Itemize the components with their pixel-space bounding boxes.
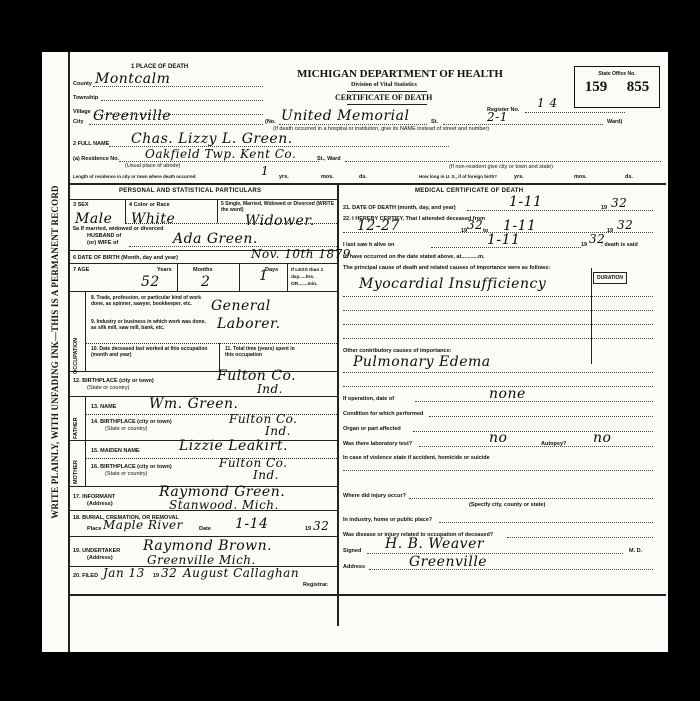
dod-year-prefix: 19 (601, 205, 607, 211)
from-year-value: 32 (467, 218, 483, 232)
injury-where-sub: (Specify city, county or state) (469, 502, 545, 508)
spouse-label-1: 5a If married, widowed or divorced (73, 226, 163, 232)
birthplace-sub: (State or country) (87, 385, 130, 391)
condition-label: Condition for which performed (343, 411, 423, 417)
age-days-value: 1 (259, 268, 268, 284)
medical-section-title: MEDICAL CERTIFICATE OF DEATH (415, 188, 523, 194)
operation-label: If operation, date of (343, 396, 394, 402)
institution-note: (If death occurred in a hospital or inst… (273, 126, 489, 132)
undertaker-address: Greenville Mich. (147, 553, 256, 567)
nonresident-note: (If non-resident give city or town and s… (449, 164, 553, 170)
state-office-box: State Office No. 159 855 (574, 66, 660, 108)
register-value: 1 4 (537, 96, 558, 110)
color-value: White (131, 211, 175, 227)
to-year-value: 32 (617, 218, 633, 232)
mother-birthplace-label: 16. BIRTHPLACE (city or town) (91, 464, 172, 470)
how-long-months-unit: mos. (574, 174, 587, 180)
lab-test-label: Was there laboratory test? (343, 441, 412, 447)
violence-label: In case of violence state if accident, h… (343, 455, 490, 461)
death-certificate: WRITE PLAINLY, WITH UNFADING INK—THIS IS… (42, 52, 668, 652)
last-saw-value: 1-11 (487, 232, 520, 248)
state-office-number-b: 855 (627, 79, 650, 96)
dod-year-value: 32 (611, 196, 627, 210)
village-label: Village (73, 109, 91, 115)
county-value: Montcalm (95, 71, 170, 87)
length-of-residence-label: Length of residence in city or town wher… (73, 174, 196, 179)
institution-value: United Memorial (281, 108, 409, 124)
informant-label: 17. INFORMANT (73, 494, 115, 500)
mother-side-label: MOTHER (73, 460, 79, 484)
certificate-form: 1 PLACE OF DEATH MICHIGAN DEPARTMENT OF … (69, 56, 666, 648)
physician-address-value: Greenville (409, 554, 487, 570)
how-long-label: How long in U. S., if of foreign birth? (419, 174, 497, 179)
father-birthplace-state: Ind. (265, 424, 291, 438)
informant-sub: (Address) (87, 501, 113, 507)
duration-label: DURATION (593, 272, 627, 284)
address-label: Address (343, 564, 365, 570)
filed-year-prefix: 19 (153, 573, 159, 579)
how-long-years-unit: yrs. (514, 174, 524, 180)
occupation-side-label: OCCUPATION (73, 338, 79, 374)
marital-value: Widower. (245, 213, 315, 229)
sex-label: 3 SEX (73, 202, 89, 208)
full-name-label: 2 FULL NAME (73, 141, 109, 147)
spouse-value: Ada Green. (173, 231, 258, 247)
how-long-days-unit: ds. (625, 174, 633, 180)
md-label: M. D. (629, 548, 642, 554)
age-months-value: 2 (201, 274, 210, 290)
organ-label: Organ or part affected (343, 426, 401, 432)
length-months-unit: mos. (321, 174, 334, 180)
father-birthplace-sub: (State or country) (105, 426, 148, 432)
residence-value: Oakfield Twp. Kent Co. (145, 147, 296, 161)
death-said-label: ; death is said (601, 242, 638, 248)
state-office-number-a: 159 (585, 79, 608, 96)
signature-value: H. B. Weaver (385, 536, 484, 552)
father-name-value: Wm. Green. (149, 396, 238, 412)
attended-from-value: 12-27 (357, 218, 400, 234)
place-of-death-label: 1 PLACE OF DEATH (131, 64, 188, 71)
burial-place-value: Maple River (103, 518, 183, 532)
autopsy-label: Autopsy? (541, 441, 566, 447)
lab-test-value: no (489, 430, 507, 446)
dob-value: Nov. 10th 1879 (251, 247, 351, 261)
length-days-unit: ds. (359, 174, 367, 180)
filed-value: Jan 13 (103, 566, 145, 580)
contributory-value: Pulmonary Edema (353, 354, 491, 370)
trade-label: 8. Trade, profession, or particular kind… (91, 296, 209, 308)
mother-name-label: 15. MAIDEN NAME (91, 448, 140, 454)
mother-birthplace-state: Ind. (253, 468, 279, 482)
sex-value: Male (75, 211, 112, 227)
residence-note: (Usual place of abode) (125, 163, 180, 169)
filed-label: 20. FILED (73, 573, 98, 579)
operation-value: none (489, 386, 526, 402)
margin-strip: WRITE PLAINLY, WITH UNFADING INK—THIS IS… (42, 52, 70, 652)
street-label: St. (431, 119, 438, 125)
occurred-label: to have occurred on the date stated abov… (343, 254, 485, 260)
father-name-label: 13. NAME (91, 404, 116, 410)
last-saw-label: I last saw h alive on (343, 242, 394, 248)
cause-value: Myocardial Insufficiency (359, 276, 546, 292)
state-office-label: State Office No. (575, 71, 659, 77)
mother-birthplace-sub: (State or country) (105, 471, 148, 477)
cause-label: The principal cause of death and related… (343, 265, 583, 271)
color-label: 4 Color or Race (129, 202, 170, 208)
undertaker-value: Raymond Brown. (143, 538, 272, 554)
department-title: MICHIGAN DEPARTMENT OF HEALTH (297, 68, 503, 80)
registrar-signature: August Callaghan (183, 566, 299, 580)
city-value: Greenville (93, 108, 171, 124)
months-label: Months (193, 267, 213, 273)
total-time-label: 11. Total time (years) spent in this occ… (225, 347, 295, 359)
date-of-death-label: 21. DATE OF DEATH (month, day, and year) (343, 205, 456, 211)
certificate-title: CERTIFICATE OF DEATH (335, 93, 432, 102)
injury-where-label: Where did injury occur? (343, 493, 406, 499)
spouse-label-2: HUSBAND of (87, 233, 121, 239)
filed-year-value: 32 (161, 566, 177, 580)
marital-label: 5 Single, Married, Widowed or Divorced (… (221, 202, 337, 214)
less-than-day-label: If LESS than 1 day.....hrs. OR.......min… (291, 267, 337, 289)
registrar-label: Registrar. (303, 582, 328, 588)
burial-date-value: 1-14 (235, 516, 268, 532)
last-saw-year-prefix: 19 (581, 242, 587, 248)
industry-value: Laborer. (217, 316, 281, 332)
to-year-prefix: 19 (607, 228, 613, 234)
residence-label: (a) Residence No. (73, 156, 119, 162)
dob-label: 6 DATE OF BIRTH (Month, day and year) (73, 255, 178, 261)
trade-value: General (211, 298, 271, 314)
father-birthplace-label: 14. BIRTHPLACE (city or town) (91, 419, 172, 425)
birthplace-label: 12. BIRTHPLACE (city or town) (73, 378, 154, 384)
burial-date-label: Date (199, 526, 211, 532)
industry-label: 9. Industry or business in which work wa… (91, 320, 209, 332)
years-label: Years (157, 267, 172, 273)
burial-place-label: Place (87, 526, 101, 532)
undertaker-sub: (Address) (87, 555, 113, 561)
father-side-label: FATHER (73, 417, 79, 439)
city-label: City (73, 119, 83, 125)
personal-section-title: PERSONAL AND STATISTICAL PARTICULARS (119, 188, 261, 194)
township-label: Township (73, 95, 98, 101)
undertaker-label: 19. UNDERTAKER (73, 548, 120, 554)
length-of-residence-years: 1 (261, 164, 269, 178)
mother-name-value: Lizzie Leakirt. (179, 438, 288, 454)
permanent-record-note: WRITE PLAINLY, WITH UNFADING INK—THIS IS… (50, 185, 60, 518)
register-label: Register No. (487, 107, 519, 113)
date-of-death-value: 1-11 (509, 194, 542, 210)
birthplace-state: Ind. (257, 382, 283, 396)
last-worked-label: 10. Date deceased last worked at this oc… (91, 347, 209, 359)
length-years-unit: yrs. (279, 174, 289, 180)
ward-label: Ward) (607, 119, 622, 125)
street-ward-label: St., Ward (317, 156, 341, 162)
full-name-value: Chas. Lizzy L. Green. (131, 131, 293, 147)
county-label: County (73, 81, 92, 87)
division-label: Division of Vital Statistics (351, 82, 417, 88)
autopsy-value: no (593, 430, 611, 446)
age-years-value: 52 (141, 274, 160, 290)
number-label: (No. (265, 119, 276, 125)
burial-year-value: 32 (313, 519, 329, 533)
industry-place-label: In industry, home or public place? (343, 517, 432, 523)
burial-year-prefix: 19 (305, 526, 311, 532)
spouse-label-3: (or) WIFE of (87, 240, 118, 246)
age-label: 7 AGE (73, 267, 89, 273)
signed-label: Signed (343, 548, 361, 554)
